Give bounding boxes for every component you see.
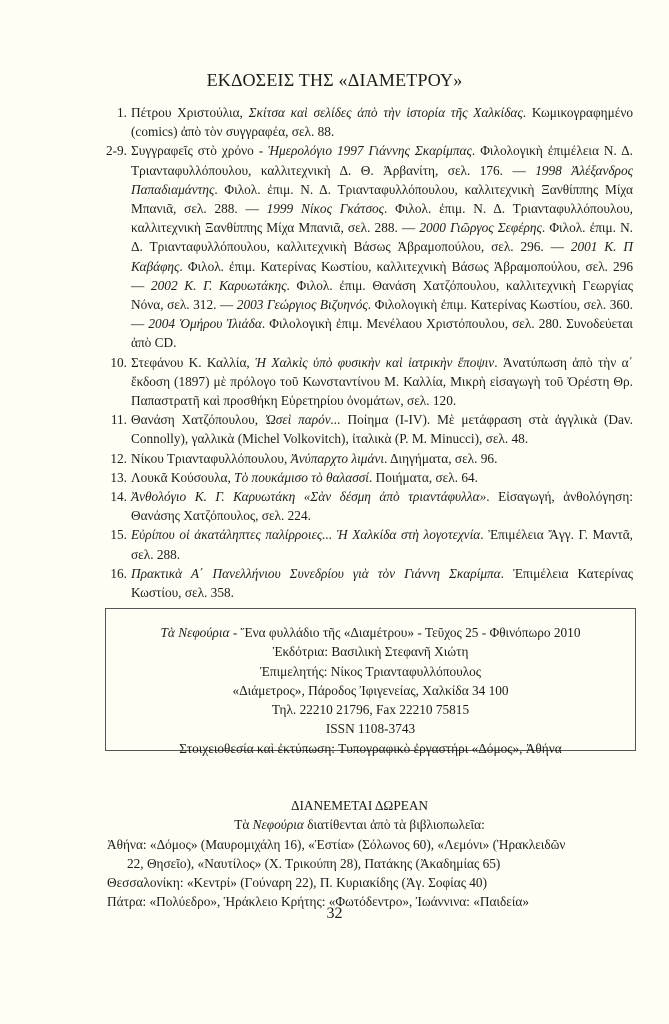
item-text: Πέτρου Χριστούλια, Σκίτσα καὶ σελίδες ἀπ… (131, 103, 633, 141)
list-item: 16.Πρακτικὰ Α΄ Πανελλήνιου Συνεδρίου γιὰ… (87, 564, 633, 602)
item-text: Συγγραφεῖς στὸ χρόνο - Ἡμερολόγιο 1997 Γ… (131, 141, 633, 352)
item-number: 1. (87, 103, 131, 141)
item-number: 2-9. (87, 141, 131, 352)
item-text: Πρακτικὰ Α΄ Πανελλήνιου Συνεδρίου γιὰ τὸ… (131, 564, 633, 602)
list-item: 12.Νίκου Τριανταφυλλόπουλου, Ἀνύπαρχτο λ… (87, 449, 633, 468)
colophon-address: «Διάμετρος», Πάροδος Ἰφιγενείας, Χαλκίδα… (106, 681, 635, 700)
distribution-intro: Τὰ Νεφούρια διατίθενται ἀπὸ τὰ βιβλιοπωλ… (107, 815, 647, 834)
list-item: 14.Ἀνθολόγιο Κ. Γ. Καρυωτάκη «Σὰν δέσμη … (87, 487, 633, 525)
colophon-phone: Τηλ. 22210 21796, Fax 22210 75815 (106, 700, 635, 719)
item-text: Εὐρίπου οἱ ἀκατάληπτες παλίρροιες... Ἡ Χ… (131, 525, 633, 563)
distribution-section: ΔΙΑΝΕΜΕΤΑΙ ΔΩΡΕΑΝ Τὰ Νεφούρια διατίθεντα… (107, 796, 647, 912)
list-item: 13.Λουκᾶ Κούσουλα, Τὸ πουκάμισο τὸ θαλασ… (87, 468, 633, 487)
distribution-thessaloniki: Θεσσαλονίκη: «Κεντρί» (Γούναρη 22), Π. Κ… (107, 873, 647, 892)
item-number: 16. (87, 564, 131, 602)
list-item: 11.Θανάση Χατζόπουλου, Ὡσεὶ παρόν... Ποί… (87, 410, 633, 448)
colophon-editor: Ἐπιμελητής: Νίκος Τριανταφυλλόπουλος (106, 662, 635, 681)
publications-list: 1.Πέτρου Χριστούλια, Σκίτσα καὶ σελίδες … (87, 103, 633, 602)
colophon-publisher: Ἐκδότρια: Βασιλικὴ Στεφανῆ Χιώτη (106, 642, 635, 661)
colophon-line1: Τὰ Νεφούρια - Ἕνα φυλλάδιο τῆς «Διαμέτρο… (106, 623, 635, 642)
distribution-athens: Ἀθήνα: «Δόμος» (Μαυρομιχάλη 16), «Ἑστία»… (107, 835, 647, 854)
item-number: 15. (87, 525, 131, 563)
list-item: 1.Πέτρου Χριστούλια, Σκίτσα καὶ σελίδες … (87, 103, 633, 141)
item-text: Λουκᾶ Κούσουλα, Τὸ πουκάμισο τὸ θαλασσί.… (131, 468, 633, 487)
distribution-athens-cont: 22, Θησεῖο), «Ναυτίλος» (Χ. Τρικούπη 28)… (107, 854, 647, 873)
colophon-issn: ISSN 1108-3743 (106, 719, 635, 738)
item-text: Στεφάνου Κ. Καλλία, Ἡ Χαλκὶς ὑπὸ φυσικὴν… (131, 353, 633, 411)
colophon-box: Τὰ Νεφούρια - Ἕνα φυλλάδιο τῆς «Διαμέτρο… (105, 608, 636, 751)
list-item: 2-9.Συγγραφεῖς στὸ χρόνο - Ἡμερολόγιο 19… (87, 141, 633, 352)
list-item: 10.Στεφάνου Κ. Καλλία, Ἡ Χαλκὶς ὑπὸ φυσι… (87, 353, 633, 411)
colophon-printing: Στοιχειοθεσία καὶ ἐκτύπωση: Τυπογραφικὸ … (106, 739, 635, 758)
item-number: 11. (87, 410, 131, 448)
item-text: Ἀνθολόγιο Κ. Γ. Καρυωτάκη «Σὰν δέσμη ἀπὸ… (131, 487, 633, 525)
item-number: 12. (87, 449, 131, 468)
distribution-heading: ΔΙΑΝΕΜΕΤΑΙ ΔΩΡΕΑΝ (107, 796, 647, 815)
list-item: 15.Εὐρίπου οἱ ἀκατάληπτες παλίρροιες... … (87, 525, 633, 563)
item-number: 13. (87, 468, 131, 487)
item-number: 14. (87, 487, 131, 525)
page-number: 32 (0, 905, 669, 923)
item-text: Νίκου Τριανταφυλλόπουλου, Ἀνύπαρχτο λιμά… (131, 449, 633, 468)
page-title: ΕΚΔΟΣΕΙΣ ΤΗΣ «ΔΙΑΜΕΤΡΟΥ» (0, 70, 669, 91)
item-text: Θανάση Χατζόπουλου, Ὡσεὶ παρόν... Ποίημα… (131, 410, 633, 448)
item-number: 10. (87, 353, 131, 411)
